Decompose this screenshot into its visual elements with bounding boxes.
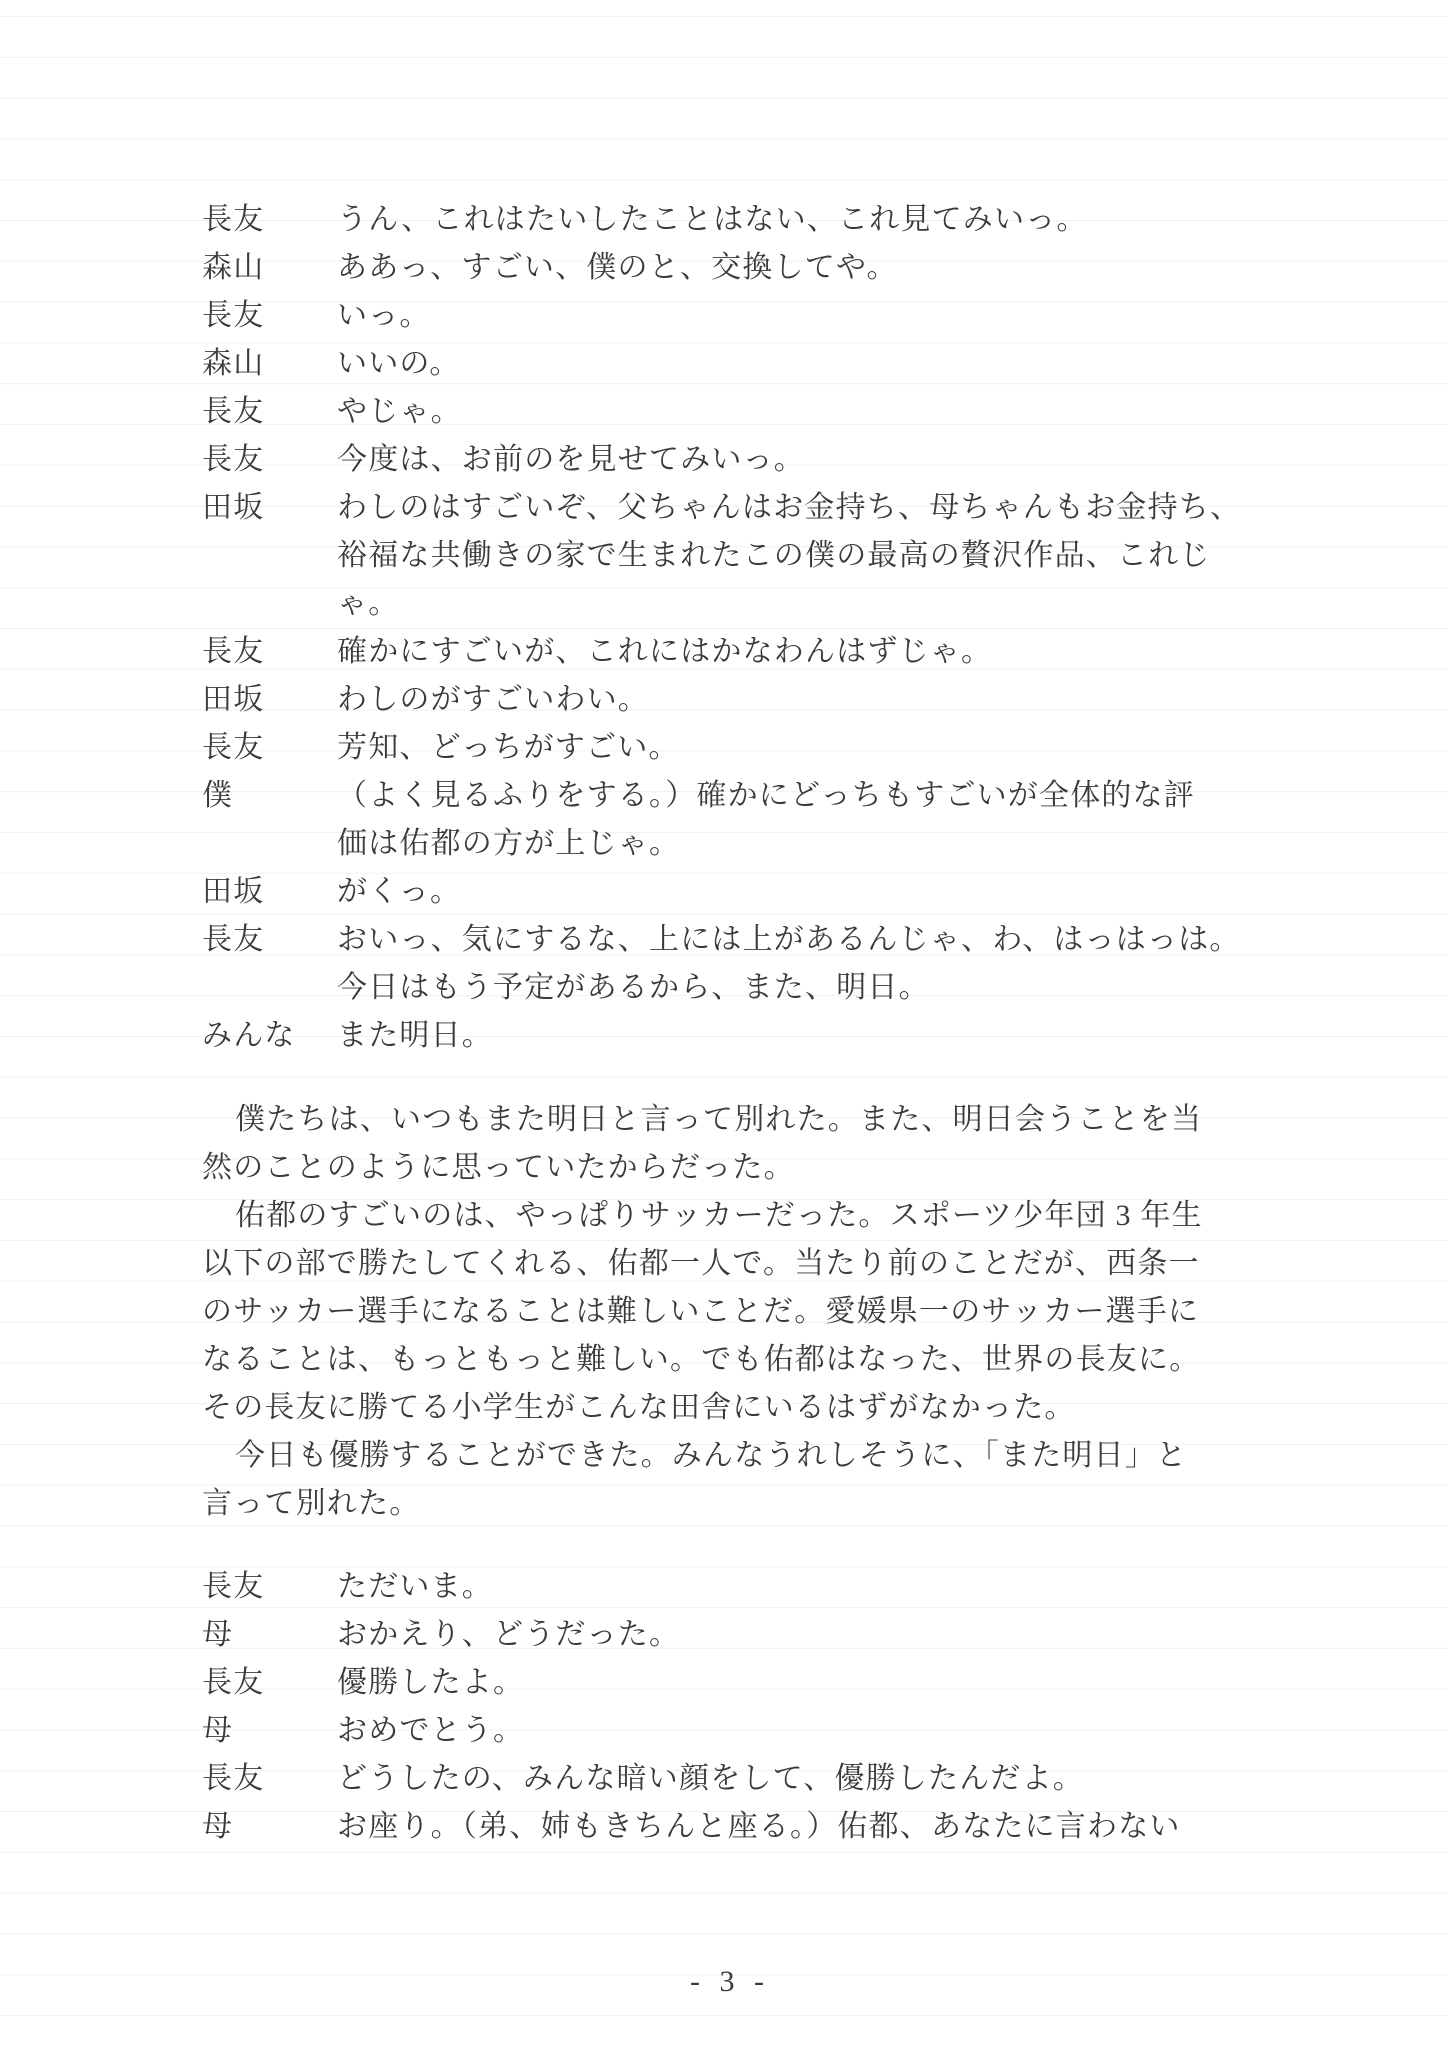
dialogue-row: 森山ああっ、すごい、僕のと、交換してや。: [202, 244, 1258, 292]
speaker-label: 母: [202, 1611, 337, 1659]
page-number: - 3 -: [202, 1958, 1258, 2006]
dialogue-text: いっ。: [337, 292, 1258, 340]
speaker-label: 田坂: [202, 676, 337, 724]
speaker-label: 長友: [202, 388, 337, 436]
dialogue-row: 森山いいの。: [202, 340, 1258, 388]
narrative-line: 然のことのように思っていたからだった。: [202, 1144, 1258, 1192]
speaker-label: 長友: [202, 1755, 337, 1803]
speaker-label: 母: [202, 1707, 337, 1755]
dialogue-row: 長友おいっ、気にするな、上には上があるんじゃ、わ、はっはっは。: [202, 916, 1258, 964]
narrative-line: 以下の部で勝たしてくれる、佑都一人で。当たり前のことだが、西条一: [202, 1240, 1258, 1288]
dialogue-text: （よく見るふりをする。）確かにどっちもすごいが全体的な評: [337, 772, 1258, 820]
speaker-label: [202, 820, 337, 868]
dialogue-row: 今日はもう予定があるから、また、明日。: [202, 964, 1258, 1012]
narrative-line: なることは、もっともっと難しい。でも佑都はなった、世界の長友に。: [202, 1336, 1258, 1384]
speaker-label: 田坂: [202, 868, 337, 916]
dialogue-row: 長友芳知、どっちがすごい。: [202, 724, 1258, 772]
dialogue-row: 田坂わしのがすごいわい。: [202, 676, 1258, 724]
dialogue-text: いいの。: [337, 340, 1258, 388]
narrative-line: その長友に勝てる小学生がこんな田舎にいるはずがなかった。: [202, 1384, 1258, 1432]
dialogue-row: 長友優勝したよ。: [202, 1659, 1258, 1707]
dialogue-text: 今度は、お前のを見せてみいっ。: [337, 436, 1258, 484]
speaker-label: [202, 964, 337, 1012]
dialogue-text: ただいま。: [337, 1563, 1258, 1611]
speaker-label: [202, 580, 337, 628]
dialogue-row: 長友今度は、お前のを見せてみいっ。: [202, 436, 1258, 484]
dialogue-text: 今日はもう予定があるから、また、明日。: [337, 964, 1258, 1012]
speaker-label: 森山: [202, 340, 337, 388]
dialogue-row: ゃ。: [202, 580, 1258, 628]
dialogue-text: ゃ。: [337, 580, 1258, 628]
speaker-label: 長友: [202, 1659, 337, 1707]
dialogue-text: ああっ、すごい、僕のと、交換してや。: [337, 244, 1258, 292]
dialogue-text: 芳知、どっちがすごい。: [337, 724, 1258, 772]
dialogue-block-2: 長友ただいま。 母おかえり、どうだった。 長友優勝したよ。 母おめでとう。 長友…: [202, 1563, 1258, 1851]
speaker-label: 長友: [202, 916, 337, 964]
dialogue-row: 田坂わしのはすごいぞ、父ちゃんはお金持ち、母ちゃんもお金持ち、: [202, 484, 1258, 532]
speaker-label: 長友: [202, 724, 337, 772]
dialogue-row: 裕福な共働きの家で生まれたこの僕の最高の贅沢作品、これじ: [202, 532, 1258, 580]
dialogue-row: 長友いっ。: [202, 292, 1258, 340]
dialogue-row: みんなまた明日。: [202, 1012, 1258, 1060]
script-page: 長友うん、これはたいしたことはない、これ見てみいっ。 森山ああっ、すごい、僕のと…: [0, 0, 1448, 2048]
dialogue-row: 僕（よく見るふりをする。）確かにどっちもすごいが全体的な評: [202, 772, 1258, 820]
dialogue-row: 長友うん、これはたいしたことはない、これ見てみいっ。: [202, 196, 1258, 244]
dialogue-text: お座り。（弟、姉もきちんと座る。）佑都、あなたに言わない: [337, 1803, 1258, 1851]
narrative-line: 今日も優勝することができた。みんなうれしそうに、「また明日」と: [202, 1432, 1258, 1480]
dialogue-text: 裕福な共働きの家で生まれたこの僕の最高の贅沢作品、これじ: [337, 532, 1258, 580]
dialogue-text: 価は佑都の方が上じゃ。: [337, 820, 1258, 868]
narrative-block: 僕たちは、いつもまた明日と言って別れた。また、明日会うことを当 然のことのように…: [202, 1096, 1258, 1528]
speaker-label: 僕: [202, 772, 337, 820]
dialogue-text: おかえり、どうだった。: [337, 1611, 1258, 1659]
dialogue-text: おめでとう。: [337, 1707, 1258, 1755]
dialogue-text: わしのはすごいぞ、父ちゃんはお金持ち、母ちゃんもお金持ち、: [337, 484, 1258, 532]
dialogue-text: 確かにすごいが、これにはかなわんはずじゃ。: [337, 628, 1258, 676]
dialogue-text: がくっ。: [337, 868, 1258, 916]
speaker-label: 長友: [202, 1563, 337, 1611]
speaker-label: 長友: [202, 628, 337, 676]
dialogue-row: 長友どうしたの、みんな暗い顔をして、優勝したんだよ。: [202, 1755, 1258, 1803]
dialogue-text: わしのがすごいわい。: [337, 676, 1258, 724]
speaker-label: 田坂: [202, 484, 337, 532]
dialogue-row: 母お座り。（弟、姉もきちんと座る。）佑都、あなたに言わない: [202, 1803, 1258, 1851]
narrative-line: 僕たちは、いつもまた明日と言って別れた。また、明日会うことを当: [202, 1096, 1258, 1144]
speaker-label: 母: [202, 1803, 337, 1851]
dialogue-row: 長友ただいま。: [202, 1563, 1258, 1611]
dialogue-row: 田坂がくっ。: [202, 868, 1258, 916]
speaker-label: 長友: [202, 196, 337, 244]
dialogue-row: 母おめでとう。: [202, 1707, 1258, 1755]
speaker-label: 森山: [202, 244, 337, 292]
dialogue-row: 長友やじゃ。: [202, 388, 1258, 436]
dialogue-row: 長友確かにすごいが、これにはかなわんはずじゃ。: [202, 628, 1258, 676]
dialogue-text: うん、これはたいしたことはない、これ見てみいっ。: [337, 196, 1258, 244]
speaker-label: [202, 532, 337, 580]
speaker-label: 長友: [202, 436, 337, 484]
narrative-line: 言って別れた。: [202, 1480, 1258, 1528]
dialogue-text: どうしたの、みんな暗い顔をして、優勝したんだよ。: [337, 1755, 1258, 1803]
narrative-line: のサッカー選手になることは難しいことだ。愛媛県一のサッカー選手に: [202, 1288, 1258, 1336]
dialogue-text: また明日。: [337, 1012, 1258, 1060]
dialogue-text: おいっ、気にするな、上には上があるんじゃ、わ、はっはっは。: [337, 916, 1258, 964]
dialogue-text: 優勝したよ。: [337, 1659, 1258, 1707]
dialogue-row: 価は佑都の方が上じゃ。: [202, 820, 1258, 868]
dialogue-text: やじゃ。: [337, 388, 1258, 436]
narrative-line: 佑都のすごいのは、やっぱりサッカーだった。スポーツ少年団 3 年生: [202, 1192, 1258, 1240]
speaker-label: みんな: [202, 1012, 337, 1060]
dialogue-block-1: 長友うん、これはたいしたことはない、これ見てみいっ。 森山ああっ、すごい、僕のと…: [202, 196, 1258, 1060]
speaker-label: 長友: [202, 292, 337, 340]
dialogue-row: 母おかえり、どうだった。: [202, 1611, 1258, 1659]
